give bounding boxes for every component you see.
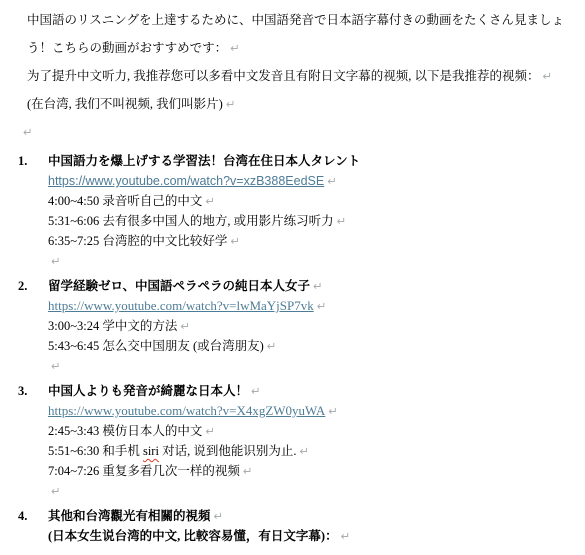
timestamp-text: 2:45~3:43 模仿日本人的中文 bbox=[48, 424, 202, 438]
paragraph-mark-icon: ↵ bbox=[51, 359, 61, 373]
paragraph-mark-icon: ↵ bbox=[337, 214, 347, 228]
intro-paragraph-japanese: 中国語のリスニングを上達するために、中国語発音で日本語字幕付きの動画をたくさん見… bbox=[27, 6, 567, 62]
video-4-subtitle-text: (日本女生说台湾的中文, 比較容易懂，有日文字幕)： bbox=[48, 529, 338, 543]
list-number: 1. bbox=[18, 151, 48, 171]
timestamp-text: 5:31~6:06 去有很多中国人的地方, 或用影片练习听力 bbox=[48, 214, 334, 228]
paragraph-mark-icon: ↵ bbox=[180, 319, 190, 333]
video-2-url-row: https://www.youtube.com/watch?v=lwMaYjSP… bbox=[48, 296, 585, 316]
video-2-link[interactable]: https://www.youtube.com/watch?v=lwMaYjSP… bbox=[48, 298, 314, 313]
paragraph-mark-icon: ↵ bbox=[327, 174, 337, 188]
list-number: 4. bbox=[18, 506, 48, 526]
video-3-url-row: https://www.youtube.com/watch?v=X4xgZW0y… bbox=[48, 401, 585, 421]
empty-paragraph: ↵ bbox=[20, 118, 585, 146]
list-number: 2. bbox=[18, 276, 48, 296]
timestamp-line: 7:04~7:26 重复多看几次一样的视频↵ bbox=[48, 461, 585, 481]
intro-paragraph-note: (在台湾, 我们不叫视频, 我们叫影片)↵ bbox=[27, 90, 567, 118]
paragraph-mark-icon: ↵ bbox=[313, 276, 323, 296]
video-1-url-row: https://www.youtube.com/watch?v=xzB388Ee… bbox=[48, 171, 585, 191]
empty-paragraph: ↵ bbox=[48, 356, 585, 376]
paragraph-mark-icon: ↵ bbox=[267, 339, 277, 353]
paragraph-mark-icon: ↵ bbox=[205, 424, 215, 438]
timestamp-text: 6:35~7:25 台湾腔的中文比较好学 bbox=[48, 234, 227, 248]
timestamp-line: 6:35~7:25 台湾腔的中文比较好学↵ bbox=[48, 231, 585, 251]
paragraph-mark-icon: ↵ bbox=[230, 234, 240, 248]
paragraph-mark-icon: ↵ bbox=[205, 194, 215, 208]
paragraph-mark-icon: ↵ bbox=[51, 484, 61, 498]
video-4-heading: 4. 其他和台湾觀光有相關的視頻 ↵ bbox=[0, 506, 585, 526]
timestamp-line: 4:00~4:50 录音听自己的中文↵ bbox=[48, 191, 585, 211]
timestamp-text: 5:43~6:45 怎么交中国朋友 (或台湾朋友) bbox=[48, 339, 264, 353]
paragraph-mark-icon: ↵ bbox=[51, 254, 61, 268]
list-number: 3. bbox=[18, 381, 48, 401]
timestamp-line: 5:51~6:30 和手机 siri 对话, 说到他能识别为止.↵ bbox=[48, 441, 585, 461]
timestamp-text: 3:00~3:24 学中文的方法 bbox=[48, 319, 177, 333]
paragraph-mark-icon: ↵ bbox=[341, 529, 351, 543]
paragraph-mark-icon: ↵ bbox=[328, 404, 338, 418]
paragraph-mark-icon: ↵ bbox=[243, 464, 253, 478]
video-4-title: 其他和台湾觀光有相關的視頻 bbox=[48, 506, 211, 526]
video-1-link[interactable]: https://www.youtube.com/watch?v=xzB388Ee… bbox=[48, 174, 324, 188]
timestamp-line: 3:00~3:24 学中文的方法↵ bbox=[48, 316, 585, 336]
paragraph-mark-icon: ↵ bbox=[251, 381, 261, 401]
paragraph-mark-icon: ↵ bbox=[214, 506, 224, 526]
intro-paragraph-japanese-text: 中国語のリスニングを上達するために、中国語発音で日本語字幕付きの動画をたくさん見… bbox=[27, 13, 564, 55]
paragraph-mark-icon: ↵ bbox=[230, 41, 240, 55]
video-3-title: 中国人よりも発音が綺麗な日本人！ bbox=[48, 381, 248, 401]
paragraph-mark-icon: ↵ bbox=[317, 299, 327, 313]
paragraph-mark-icon: ↵ bbox=[299, 444, 309, 458]
misspelled-word: siri bbox=[143, 444, 159, 458]
timestamp-line: 2:45~3:43 模仿日本人的中文↵ bbox=[48, 421, 585, 441]
empty-paragraph: ↵ bbox=[48, 251, 585, 271]
paragraph-mark-icon: ↵ bbox=[226, 97, 236, 111]
video-4-subtitle: (日本女生说台湾的中文, 比較容易懂，有日文字幕)：↵ bbox=[48, 526, 585, 546]
intro-paragraph-chinese: 为了提升中文听力, 我推荐您可以多看中文发音且有附日文字幕的视频, 以下是我推荐… bbox=[27, 62, 567, 90]
video-3-heading: 3. 中国人よりも発音が綺麗な日本人！ ↵ bbox=[0, 381, 585, 401]
timestamp-text: 7:04~7:26 重复多看几次一样的视频 bbox=[48, 464, 240, 478]
video-1-heading: 1. 中国語力を爆上げする学習法！台湾在住日本人タレント bbox=[0, 151, 585, 171]
video-2-title: 留学経験ゼロ、中国語ペラペラの純日本人女子 bbox=[48, 276, 310, 296]
video-2-heading: 2. 留学経験ゼロ、中国語ペラペラの純日本人女子 ↵ bbox=[0, 276, 585, 296]
timestamp-line: 5:43~6:45 怎么交中国朋友 (或台湾朋友)↵ bbox=[48, 336, 585, 356]
video-1-title: 中国語力を爆上げする学習法！台湾在住日本人タレント bbox=[48, 151, 360, 171]
empty-paragraph: ↵ bbox=[48, 481, 585, 501]
timestamp-text: 5:51~6:30 和手机 bbox=[48, 444, 143, 458]
timestamp-line: 5:31~6:06 去有很多中国人的地方, 或用影片练习听力↵ bbox=[48, 211, 585, 231]
paragraph-mark-icon: ↵ bbox=[23, 125, 33, 139]
paragraph-mark-icon: ↵ bbox=[543, 69, 553, 83]
video-3-link[interactable]: https://www.youtube.com/watch?v=X4xgZW0y… bbox=[48, 403, 325, 418]
timestamp-text: 4:00~4:50 录音听自己的中文 bbox=[48, 194, 202, 208]
document-page: 中国語のリスニングを上達するために、中国語発音で日本語字幕付きの動画をたくさん見… bbox=[0, 0, 585, 546]
intro-paragraph-chinese-text: 为了提升中文听力, 我推荐您可以多看中文发音且有附日文字幕的视频, 以下是我推荐… bbox=[27, 69, 540, 83]
intro-paragraph-note-text: (在台湾, 我们不叫视频, 我们叫影片) bbox=[27, 97, 223, 111]
timestamp-text: 对话, 说到他能识别为止. bbox=[159, 444, 297, 458]
